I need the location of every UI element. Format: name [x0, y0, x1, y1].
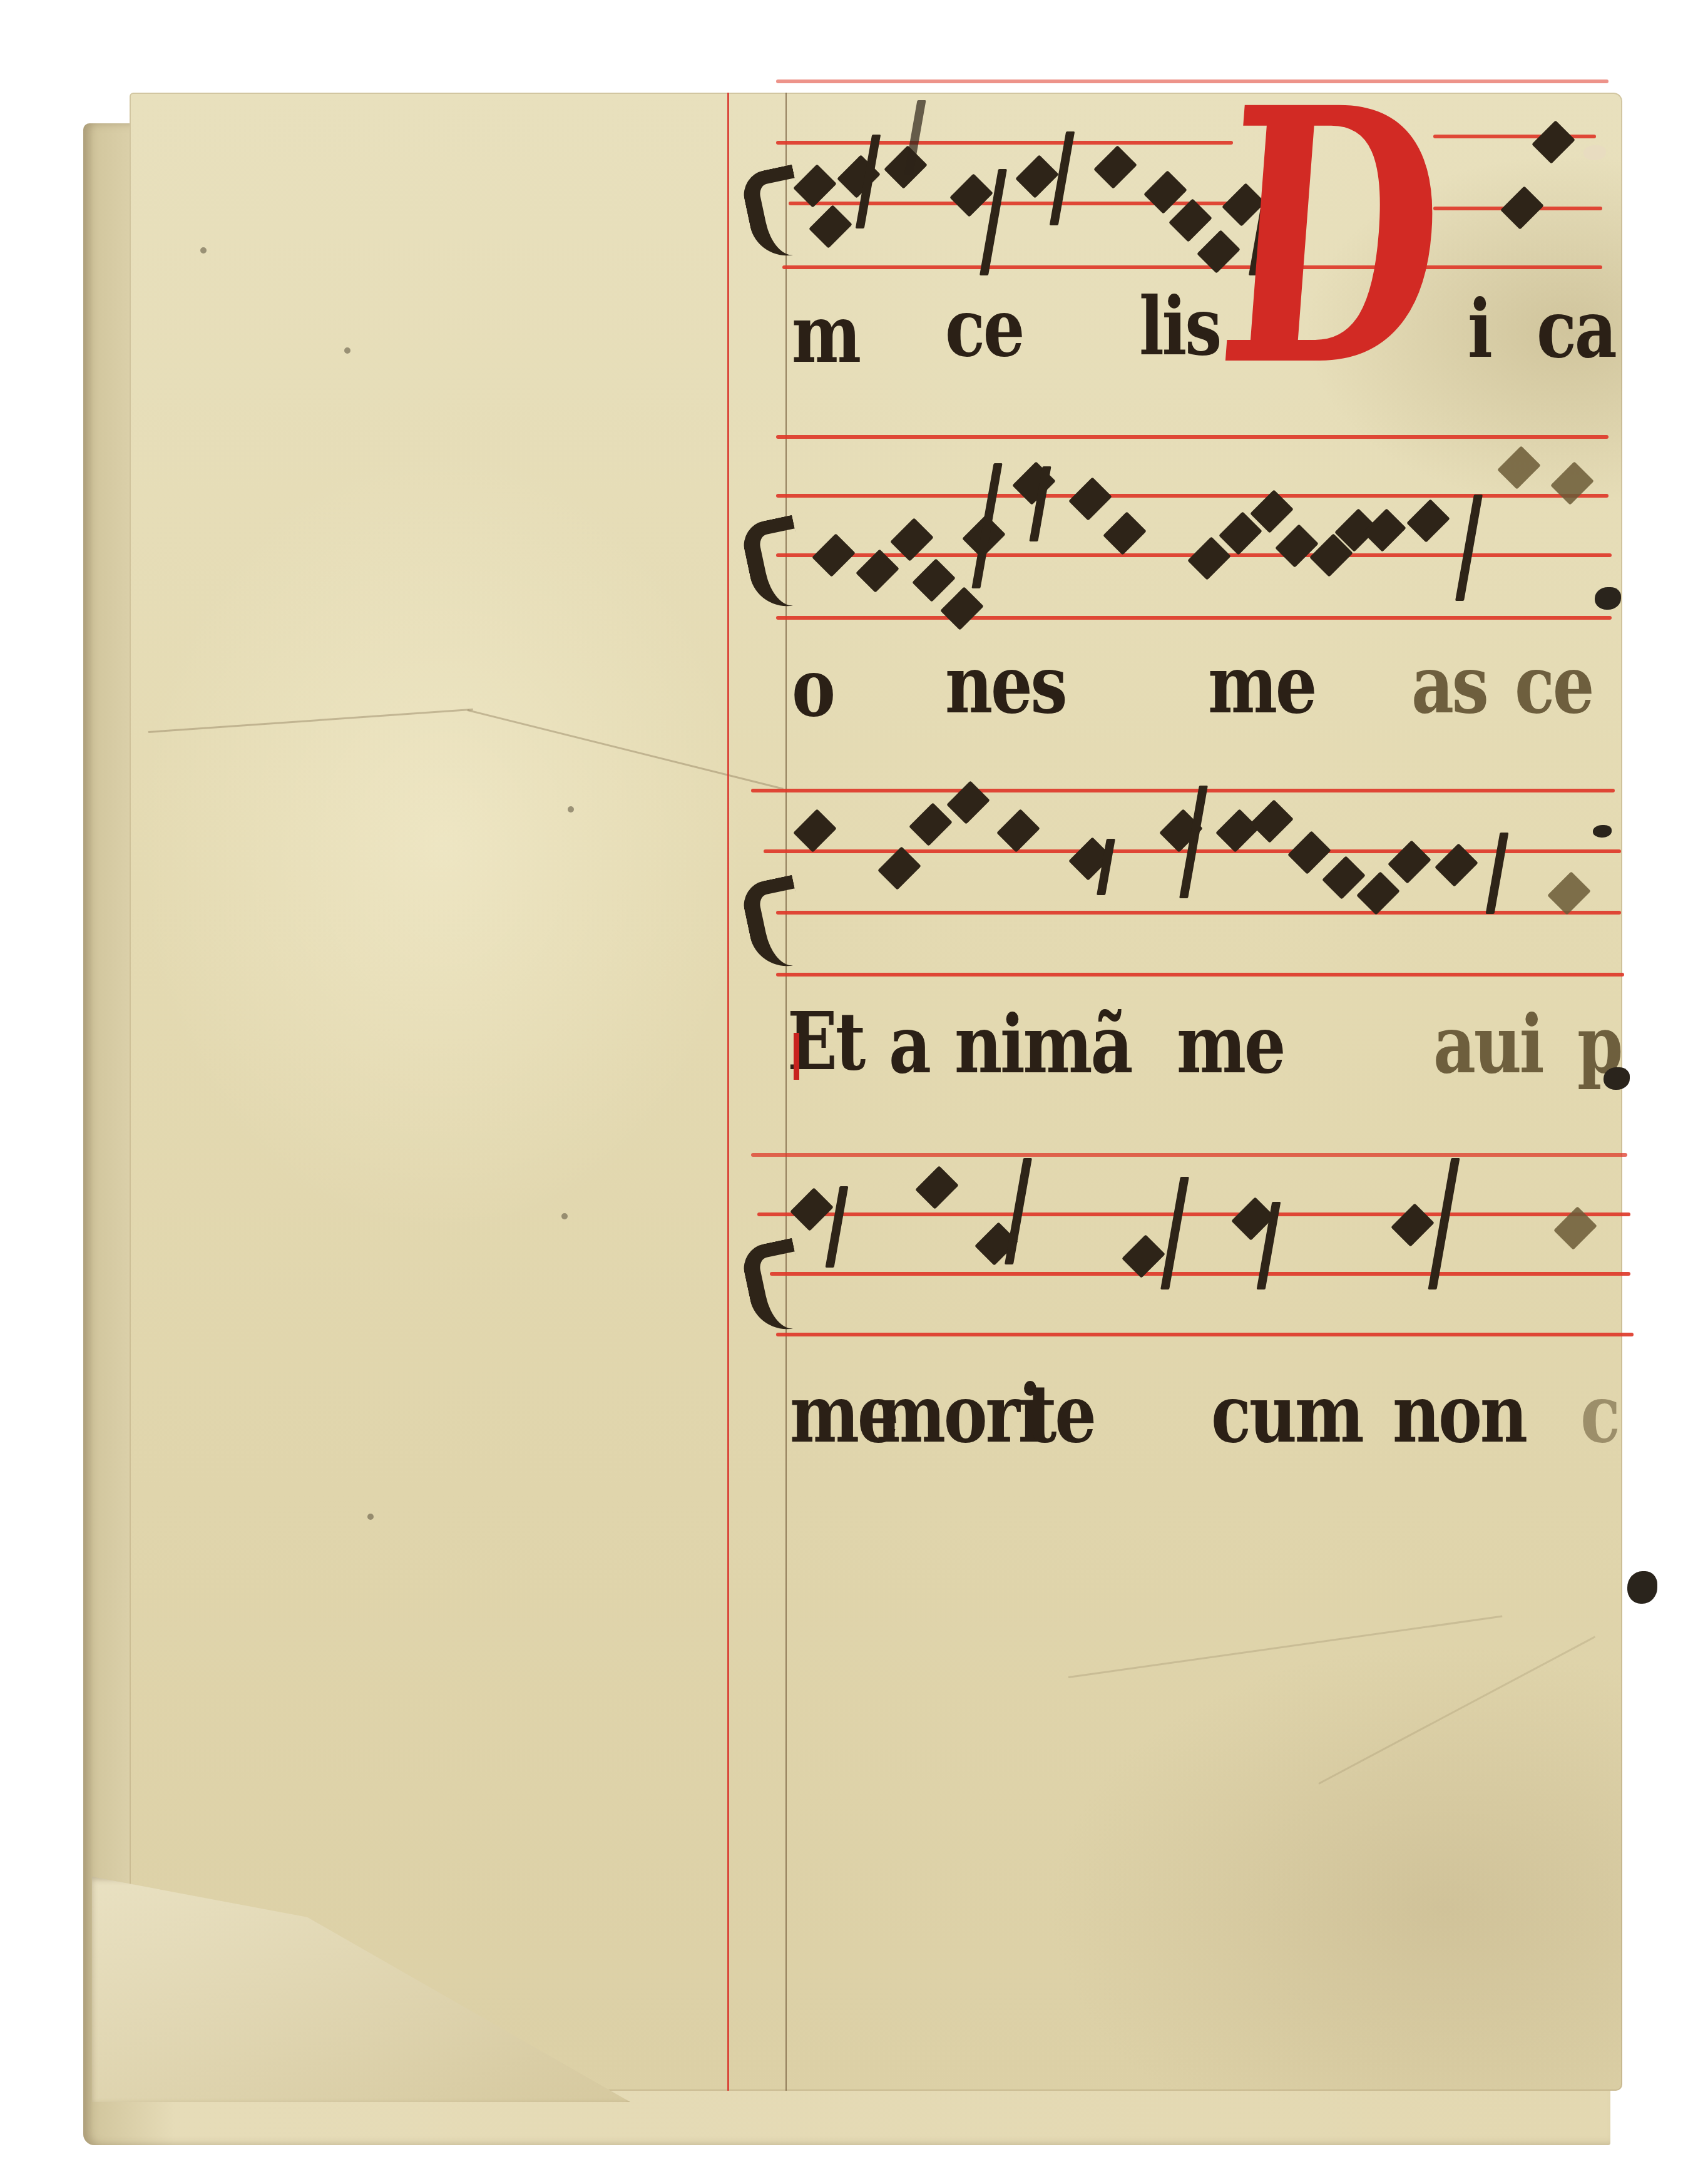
syllable: ce: [1515, 645, 1592, 725]
syllable: c: [1580, 1374, 1619, 1454]
stain-spot: [200, 247, 207, 254]
margin-ruling-brown: [785, 93, 787, 2091]
syllable: as: [1411, 645, 1487, 725]
syllable: ce: [945, 288, 1023, 368]
crease: [468, 709, 784, 790]
crease: [148, 709, 473, 733]
binding-thread: [1627, 1571, 1657, 1604]
crease: [1068, 1616, 1503, 1678]
binding-thread: [1583, 145, 1606, 160]
syllable: non: [1393, 1374, 1526, 1454]
syllable: mori: [876, 1374, 1041, 1454]
syllable: nimã: [954, 1005, 1131, 1085]
syllable: i: [1468, 289, 1491, 369]
stain-spot: [367, 1514, 374, 1520]
crease: [1318, 1636, 1595, 1784]
syllable: m: [792, 294, 859, 374]
syllable: lis: [1139, 287, 1220, 367]
stain-spot: [344, 347, 350, 354]
red-initial-letter: D: [1210, 63, 1455, 413]
rubric-stroke-on-E: [794, 1033, 799, 1080]
syllable: nes: [945, 645, 1065, 725]
syllable: aui: [1433, 1005, 1542, 1085]
binding-thread: [1604, 1067, 1630, 1090]
syllable: me: [1177, 1005, 1284, 1085]
syllable: o: [792, 648, 834, 728]
binding-thread: [1595, 587, 1621, 610]
folded-corner-flap: [92, 1877, 630, 2102]
syllable: ca: [1537, 289, 1615, 369]
margin-ruling-red: [727, 93, 729, 2091]
syllable: cum: [1211, 1374, 1362, 1454]
syllable: me: [1208, 645, 1315, 725]
syllable: a: [889, 1005, 929, 1085]
stain-spot: [568, 806, 574, 813]
stain-spot: [561, 1213, 568, 1219]
binding-thread: [1593, 825, 1612, 838]
syllable: te: [1026, 1374, 1095, 1454]
